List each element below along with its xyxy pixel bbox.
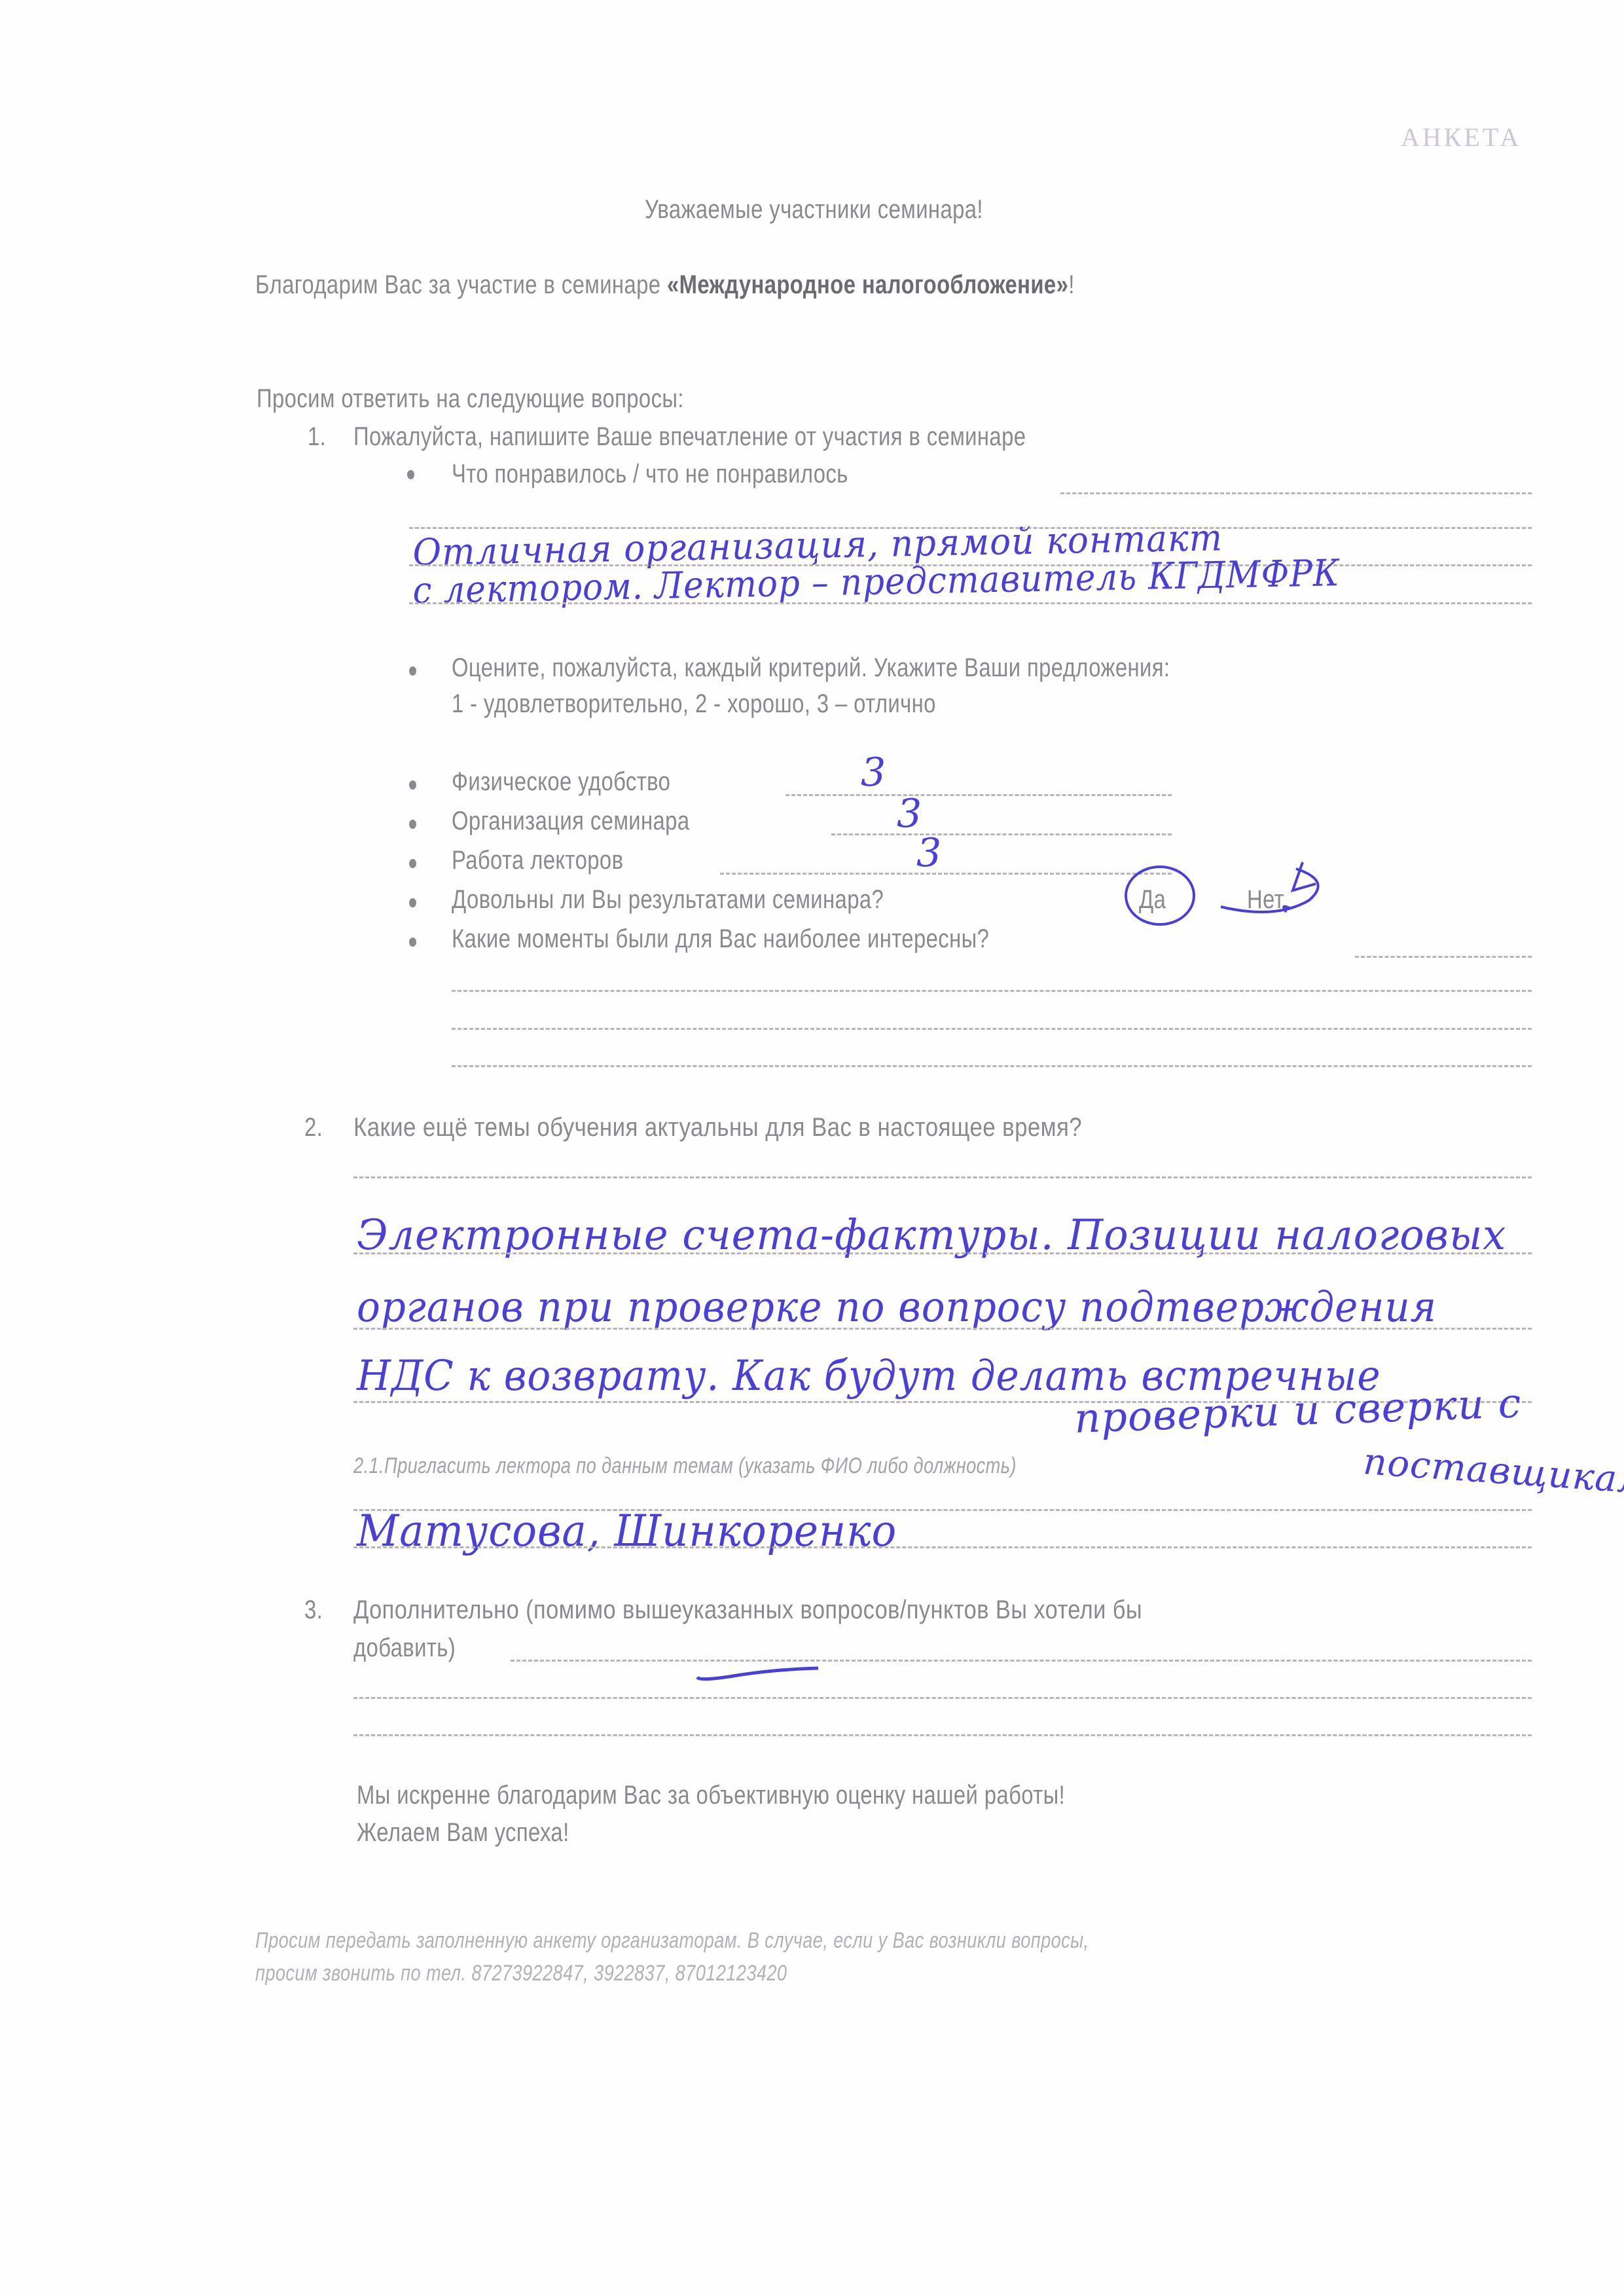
q2-number: 2.	[304, 1113, 323, 1142]
closing-line-1: Мы искренне благодарим Вас за объективну…	[357, 1781, 1065, 1810]
q1-interesting-prompt: Какие моменты были для Вас наиболее инте…	[452, 924, 989, 954]
bullet-icon	[409, 938, 416, 947]
bullet-icon	[407, 470, 414, 479]
q3-text-line1: Дополнительно (помимо вышеуказанных вопр…	[353, 1595, 1142, 1625]
thanks-line: Благодарим Вас за участие в семинаре «Ме…	[255, 270, 1075, 300]
q1-satisfied-prompt: Довольны ли Вы результатами семинара?	[452, 885, 884, 915]
q2-sub-prompt: 2.1.Пригласить лектора по данным темам (…	[353, 1453, 1017, 1479]
bullet-icon	[409, 666, 416, 676]
bullet-icon	[409, 820, 416, 829]
q2-sub-answer[interactable]: Матусова, Шинкоренко	[357, 1506, 897, 1556]
bullet-icon	[409, 859, 416, 868]
interesting-answer-line[interactable]	[452, 1065, 1532, 1067]
greeting: Уважаемые участники семинара!	[645, 195, 983, 225]
answer-line	[831, 833, 1172, 835]
criterion-label-organization: Организация семинара	[452, 807, 689, 836]
form-title: АНКЕТА	[1401, 122, 1521, 153]
q3-answer-line[interactable]	[353, 1697, 1532, 1699]
q3-text-line2: добавить)	[353, 1633, 456, 1663]
footer-line-1: Просим передать заполненную анкету орган…	[255, 1928, 1089, 1954]
answer-line	[353, 1252, 1532, 1254]
thanks-prefix: Благодарим Вас за участие в семинаре	[255, 270, 667, 299]
answer-line	[720, 873, 1172, 875]
q3-answer-line[interactable]	[511, 1660, 1532, 1662]
q1-rate-prompt: Оцените, пожалуйста, каждый критерий. Ук…	[452, 653, 1170, 683]
criterion-label-physical: Физическое удобство	[452, 767, 670, 797]
dash-mark	[694, 1663, 825, 1683]
questions-intro: Просим ответить на следующие вопросы:	[257, 384, 684, 414]
scribble-mark	[1218, 861, 1329, 926]
bullet-icon	[409, 780, 416, 790]
criterion-score-lecturers[interactable]: 3	[916, 830, 942, 876]
q3-number: 3.	[304, 1595, 323, 1625]
bullet-icon	[409, 898, 416, 907]
answer-line	[1355, 956, 1532, 958]
q1-liked-prompt: Что понравилось / что не понравилось	[452, 460, 848, 489]
criterion-score-physical[interactable]: 3	[861, 750, 886, 795]
q1-text: Пожалуйста, напишите Ваше впечатление от…	[353, 422, 1026, 452]
q2-text: Какие ещё темы обучения актуальны для Ва…	[353, 1113, 1082, 1142]
interesting-answer-line[interactable]	[452, 1028, 1532, 1030]
footer-line-2: просим звонить по тел. 87273922847, 3922…	[255, 1961, 787, 1986]
answer-line	[1060, 492, 1532, 494]
q3-answer-line[interactable]	[353, 1734, 1532, 1736]
q2-answer-2[interactable]: органов при проверке по вопросу подтверж…	[357, 1283, 1437, 1332]
thanks-suffix: !	[1068, 270, 1075, 299]
criterion-label-lecturers: Работа лекторов	[452, 846, 623, 875]
q2-answer-overflow[interactable]: поставщиками	[1362, 1440, 1624, 1504]
answer-line	[353, 1176, 1532, 1178]
closing-line-2: Желаем Вам успеха!	[357, 1818, 569, 1848]
q1-number: 1.	[308, 422, 326, 452]
seminar-name: «Международное налогообложение»	[667, 270, 1068, 299]
selected-circle-mark	[1125, 866, 1195, 926]
answer-line	[785, 794, 1172, 796]
answer-line	[353, 1328, 1532, 1330]
answer-line	[409, 602, 1532, 604]
answer-line	[353, 1546, 1532, 1548]
q1-rate-scale: 1 - удовлетворительно, 2 - хорошо, 3 – о…	[452, 689, 936, 719]
interesting-answer-line[interactable]	[452, 990, 1532, 992]
